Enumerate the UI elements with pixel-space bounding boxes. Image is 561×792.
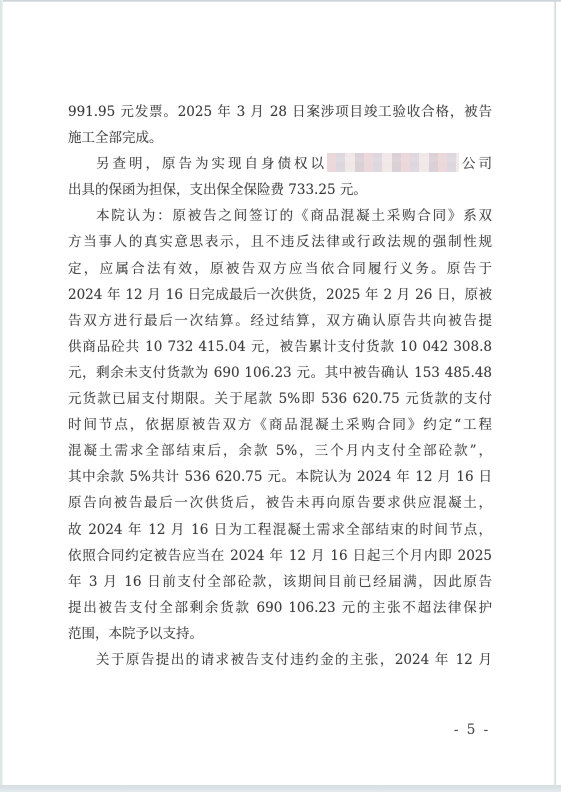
text-line: 依照合同约定被告应当在 2024 年 12 月 16 日起三个月内即 2025 [68, 543, 492, 569]
text-line: 定，应属合法有效，原被告双方应当依合同履行义务。原告于 [68, 256, 492, 282]
redacted-company-name-mosaic [327, 153, 459, 172]
text-line: 元，剩余未支付货款为 690 106.23 元。其中被告确认 153 485.4… [68, 360, 492, 386]
text-line: 告双方进行最后一次结算。经过结算，双方确认原告共向被告提 [68, 308, 492, 334]
text-line: 时间节点，依据原被告双方《商品混凝土采购合同》约定“工程 [68, 412, 492, 438]
text-line: 991.95 元发票。2025 年 3 月 28 日案涉项目竣工验收合格，被告 [68, 99, 492, 125]
text-line: 元货款已届支付期限。关于尾款 5%即 536 620.75 元货款的支付 [68, 386, 492, 412]
text-segment: 另查明，原告为实现自身债权以 [96, 156, 327, 172]
text-line: 2024 年 12 月 16 日完成最后一次供货，2025 年 2 月 26 日… [68, 282, 492, 308]
text-block: 991.95 元发票。2025 年 3 月 28 日案涉项目竣工验收合格，被告施… [68, 99, 492, 673]
scan-edge-top [0, 0, 561, 2]
text-line: 范围，本院予以支持。 [68, 621, 492, 647]
text-line: 其中余款 5%共计 536 620.75 元。本院认为 2024 年 12 月 … [68, 464, 492, 490]
scan-edge-left [0, 0, 3, 792]
text-line: 关于原告提出的请求被告支付违约金的主张，2024 年 12 月 [68, 647, 492, 673]
text-line: 年 3 月 16 日前支付全部砼款，该期间目前已经届满，因此原告 [68, 569, 492, 595]
text-line: 供商品砼共 10 732 415.04 元，被告累计支付货款 10 042 30… [68, 334, 492, 360]
text-line: 原告向被告最后一次供货后，被告未再向原告要求供应混凝土， [68, 490, 492, 516]
text-line: 提出被告支付全部剩余货款 690 106.23 元的主张不超法律保护 [68, 595, 492, 621]
text-segment: 公司 [459, 156, 492, 172]
page-number: - 5 - [448, 720, 496, 740]
scan-edge-right [553, 0, 556, 792]
scan-edge-bottom [0, 785, 561, 792]
text-line: 出具的保函为担保，支出保全保险费 733.25 元。 [68, 177, 492, 203]
text-line: 另查明，原告为实现自身债权以公司 [68, 151, 492, 177]
text-line: 本院认为：原被告之间签订的《商品混凝土采购合同》系双 [68, 203, 492, 229]
document-page: 991.95 元发票。2025 年 3 月 28 日案涉项目竣工验收合格，被告施… [0, 0, 561, 792]
text-line: 方当事人的真实意思表示，且不违反法律或行政法规的强制性规 [68, 229, 492, 255]
text-line: 施工全部完成。 [68, 125, 492, 151]
text-line: 故 2024 年 12 月 16 日为工程混凝土需求全部结束的时间节点， [68, 517, 492, 543]
text-line: 混凝土需求全部结束后，余款 5%，三个月内支付全部砼款”， [68, 438, 492, 464]
